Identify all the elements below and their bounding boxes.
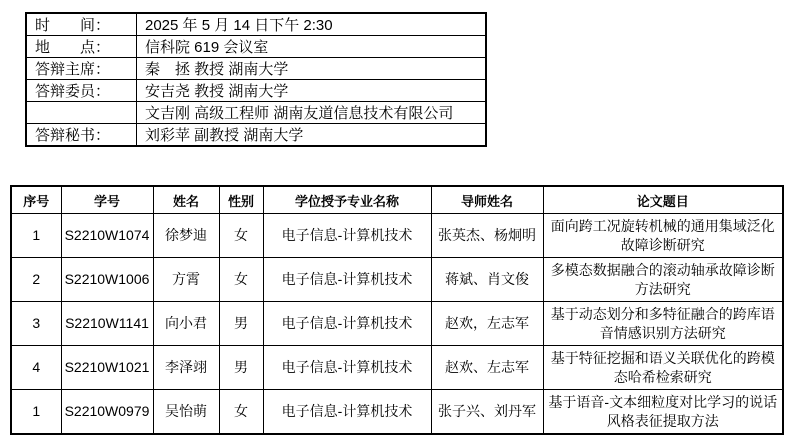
cell-major: 电子信息-计算机技术 — [263, 214, 431, 258]
header-cell-gender: 性别 — [219, 186, 263, 214]
cell-major: 电子信息-计算机技术 — [263, 302, 431, 346]
cell-index: 1 — [11, 214, 61, 258]
header-cell-name: 姓名 — [153, 186, 219, 214]
header-cell-index: 序号 — [11, 186, 61, 214]
cell-index: 3 — [11, 302, 61, 346]
cell-student-id: S2210W1006 — [61, 258, 153, 302]
cell-name: 吴怡萌 — [153, 390, 219, 435]
cell-advisors: 赵欢，左志军 — [431, 302, 543, 346]
header-cell-thesis-title: 论文题目 — [543, 186, 783, 214]
info-value-committee-1: 安吉尧 教授 湖南大学 — [137, 80, 487, 102]
cell-student-id: S2210W0979 — [61, 390, 153, 435]
info-row-committee-1: 答辩委员： 安吉尧 教授 湖南大学 — [26, 80, 486, 102]
cell-major: 电子信息-计算机技术 — [263, 390, 431, 435]
info-value-chair: 秦 拯 教授 湖南大学 — [137, 58, 487, 80]
info-label-secretary: 答辩秘书： — [26, 124, 137, 147]
info-label-time: 时 间： — [26, 13, 137, 36]
info-row-location: 地 点： 信科院 619 会议室 — [26, 36, 486, 58]
info-label-location: 地 点： — [26, 36, 137, 58]
info-value-time: 2025 年 5 月 14 日下午 2:30 — [137, 13, 487, 36]
cell-index: 4 — [11, 346, 61, 390]
cell-name: 李泽翊 — [153, 346, 219, 390]
cell-thesis-title: 面向跨工况旋转机械的通用集域泛化故障诊断研究 — [543, 214, 783, 258]
table-row: 3 S2210W1141 向小君 男 电子信息-计算机技术 赵欢，左志军 基于动… — [11, 302, 783, 346]
info-value-secretary: 刘彩苹 副教授 湖南大学 — [137, 124, 487, 147]
cell-advisors: 赵欢、左志军 — [431, 346, 543, 390]
table-row: 1 S2210W0979 吴怡萌 女 电子信息-计算机技术 张子兴、刘丹军 基于… — [11, 390, 783, 435]
info-label-committee: 答辩委员： — [26, 80, 137, 102]
cell-index: 2 — [11, 258, 61, 302]
header-cell-student-id: 学号 — [61, 186, 153, 214]
cell-gender: 男 — [219, 302, 263, 346]
info-value-committee-2: 文吉刚 高级工程师 湖南友道信息技术有限公司 — [137, 102, 487, 124]
cell-gender: 女 — [219, 214, 263, 258]
cell-name: 徐梦迪 — [153, 214, 219, 258]
info-row-time: 时 间： 2025 年 5 月 14 日下午 2:30 — [26, 13, 486, 36]
cell-advisors: 张英杰、杨炯明 — [431, 214, 543, 258]
table-row: 1 S2210W1074 徐梦迪 女 电子信息-计算机技术 张英杰、杨炯明 面向… — [11, 214, 783, 258]
cell-thesis-title: 基于语音-文本细粒度对比学习的说话风格表征提取方法 — [543, 390, 783, 435]
cell-major: 电子信息-计算机技术 — [263, 346, 431, 390]
cell-thesis-title: 基于动态划分和多特征融合的跨库语音情感识别方法研究 — [543, 302, 783, 346]
cell-student-id: S2210W1074 — [61, 214, 153, 258]
cell-name: 向小君 — [153, 302, 219, 346]
cell-gender: 女 — [219, 258, 263, 302]
cell-student-id: S2210W1021 — [61, 346, 153, 390]
info-row-committee-2: 文吉刚 高级工程师 湖南友道信息技术有限公司 — [26, 102, 486, 124]
cell-index: 1 — [11, 390, 61, 435]
info-row-chair: 答辩主席： 秦 拯 教授 湖南大学 — [26, 58, 486, 80]
cell-major: 电子信息-计算机技术 — [263, 258, 431, 302]
info-row-secretary: 答辩秘书： 刘彩苹 副教授 湖南大学 — [26, 124, 486, 147]
cell-advisors: 蒋斌、肖文俊 — [431, 258, 543, 302]
cell-gender: 女 — [219, 390, 263, 435]
info-label-chair: 答辩主席： — [26, 58, 137, 80]
cell-thesis-title: 多模态数据融合的滚动轴承故障诊断方法研究 — [543, 258, 783, 302]
students-table: 序号 学号 姓名 性别 学位授予专业名称 导师姓名 论文题目 1 S2210W1… — [10, 185, 784, 435]
defense-schedule-page: 时 间： 2025 年 5 月 14 日下午 2:30 地 点： 信科院 619… — [0, 0, 794, 442]
info-label-empty — [26, 102, 137, 124]
cell-thesis-title: 基于特征挖掘和语义关联优化的跨模态哈希检索研究 — [543, 346, 783, 390]
cell-name: 方霄 — [153, 258, 219, 302]
cell-gender: 男 — [219, 346, 263, 390]
cell-student-id: S2210W1141 — [61, 302, 153, 346]
header-cell-advisors: 导师姓名 — [431, 186, 543, 214]
students-header-row: 序号 学号 姓名 性别 学位授予专业名称 导师姓名 论文题目 — [11, 186, 783, 214]
table-row: 2 S2210W1006 方霄 女 电子信息-计算机技术 蒋斌、肖文俊 多模态数… — [11, 258, 783, 302]
header-cell-major: 学位授予专业名称 — [263, 186, 431, 214]
cell-advisors: 张子兴、刘丹军 — [431, 390, 543, 435]
table-row: 4 S2210W1021 李泽翊 男 电子信息-计算机技术 赵欢、左志军 基于特… — [11, 346, 783, 390]
defense-info-table: 时 间： 2025 年 5 月 14 日下午 2:30 地 点： 信科院 619… — [25, 12, 487, 147]
info-value-location: 信科院 619 会议室 — [137, 36, 487, 58]
